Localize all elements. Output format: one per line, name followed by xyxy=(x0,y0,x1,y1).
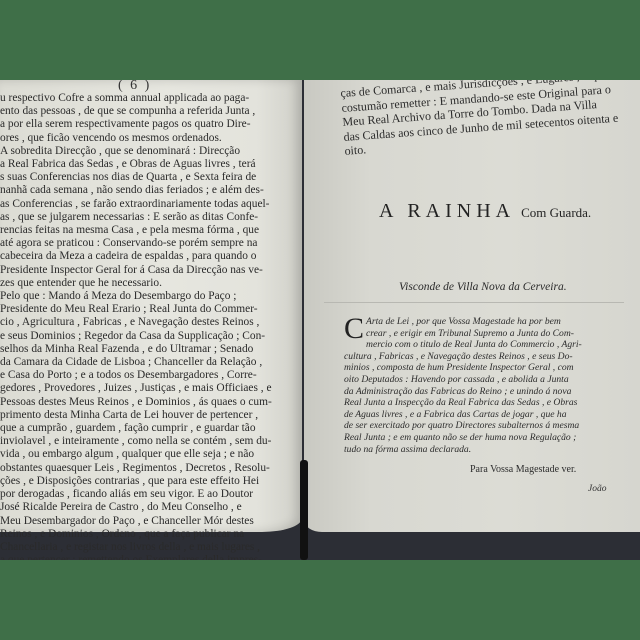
text-line: inviolavel , e inteiramente , como nella… xyxy=(0,435,298,448)
text-line: Presidente do Meu Real Erario ; Real Jun… xyxy=(0,303,298,316)
text-line: que a cumprão , guardem , fação cumprir … xyxy=(0,422,298,435)
text-line: cultura , Fabricas , e Navegação destes … xyxy=(344,351,624,363)
text-line: tudo na fórma assima declarada. xyxy=(344,444,624,456)
text-line: oito Deputados : Havendo por cassada , e… xyxy=(344,374,624,386)
text-line: crear , e erigir em Tribunal Supremo a J… xyxy=(344,328,624,340)
text-line: Real Junta ; e em quanto não se der huma… xyxy=(344,432,624,444)
text-line: cabeceira da Meza a cadeira de espaldas … xyxy=(0,250,298,263)
text-line: selhos da Minha Real Fazenda , e do Ultr… xyxy=(0,343,298,356)
text-line: até agora se praticou : Conservando-se p… xyxy=(0,237,298,250)
text-line: a que pertencer ; remettendo os Exemplar… xyxy=(0,554,298,560)
text-line: de ser exercitado por quatro Directores … xyxy=(344,420,624,432)
book-gutter xyxy=(300,460,308,560)
text-line: as Conferencias , se farão extraordinari… xyxy=(0,198,298,211)
text-line: e seus Dominios ; Regedor da Casa da Sup… xyxy=(0,330,298,343)
text-line: vida , ou embargo algum , qualquer que e… xyxy=(0,448,298,461)
para-vossa-magestade: Para Vossa Magestade ver. xyxy=(470,464,576,475)
text-line: minios , composta de hum Presidente Insp… xyxy=(344,362,624,374)
text-line: Chancellaria , e registar nos livros del… xyxy=(0,541,298,554)
right-page: ças de Comarca , e mais Jurisdicções , e… xyxy=(304,80,640,532)
text-line: s suas Conferencias nos dias de Quarta ,… xyxy=(0,171,298,184)
signature-line: A RAINHA Com Guarda. xyxy=(379,200,591,223)
text-line: José Ricalde Pereira de Castro , do Meu … xyxy=(0,501,298,514)
text-line: mercio com o titulo de Real Junta do Com… xyxy=(344,339,624,351)
text-line: cio , Agricultura , Fabricas , e Navegaç… xyxy=(0,316,298,329)
right-page-closing-text: ças de Comarca , e mais Jurisdicções , e… xyxy=(340,80,634,158)
catchword: João xyxy=(588,484,606,494)
text-line: Meu Desembargador do Paço , e Chanceller… xyxy=(0,515,298,528)
text-line: A sobredita Direcção , que se denominará… xyxy=(0,145,298,158)
text-line: as , que se julgarem necessarias : E ser… xyxy=(0,211,298,224)
text-line: da Administração das Fabricas do Reino ;… xyxy=(344,386,624,398)
text-line: u respectivo Cofre a somma annual applic… xyxy=(0,92,298,105)
signature-title: A RAINHA xyxy=(379,200,515,222)
text-line: ções , e Disposições contrarias , que pa… xyxy=(0,475,298,488)
text-line: de Aguas livres , e a Fabrica das Cartas… xyxy=(344,409,624,421)
text-line: a por ella serem respectivamente pagos o… xyxy=(0,118,298,131)
text-line: ento das pessoas , de que se compunha a … xyxy=(0,105,298,118)
text-line: Presidente Inspector Geral for á Casa da… xyxy=(0,264,298,277)
signature-suffix: Com Guarda. xyxy=(521,205,591,220)
carta-lines: Arta de Lei , por que Vossa Magestade ha… xyxy=(344,316,624,455)
left-page-body: u respectivo Cofre a somma annual applic… xyxy=(0,92,298,560)
text-line: rencias feitas na mesma Casa , e pela me… xyxy=(0,224,298,237)
text-line: e Casa do Porto ; e a todos os Desembarg… xyxy=(0,369,298,382)
text-line: Pelo que : Mando á Meza do Desembargo do… xyxy=(0,290,298,303)
text-line: zes que entender que he necessario. xyxy=(0,277,298,290)
text-line: Reinos , e Dominios , Ordeno , que a faç… xyxy=(0,528,298,541)
text-line: gedores , Provedores , Juizes , Justiças… xyxy=(0,382,298,395)
text-line: ores , que ficão vencendo os mesmos orde… xyxy=(0,132,298,145)
left-page: ( 6 ) u respectivo Cofre a somma annual … xyxy=(0,80,302,532)
text-line: a Real Fabrica das Sedas , e Obras de Ag… xyxy=(0,158,298,171)
text-line: obstantes quaesquer Leis , Regimentos , … xyxy=(0,462,298,475)
text-line: primento desta Minha Carta de Lei houver… xyxy=(0,409,298,422)
text-line: nanhã cada semana , não sendo dias feria… xyxy=(0,184,298,197)
text-line: Real Junta a Inspecção da Real Fabrica d… xyxy=(344,397,624,409)
text-line: Arta de Lei , por que Vossa Magestade ha… xyxy=(344,316,624,328)
text-line: da Camara da Cidade de Lisboa ; Chancell… xyxy=(0,356,298,369)
minister-signature: Visconde de Villa Nova da Cerveira. xyxy=(399,281,567,293)
document-photo: ( 6 ) u respectivo Cofre a somma annual … xyxy=(0,80,640,560)
text-line: Pessoas destes Meus Reinos , e Dominios … xyxy=(0,396,298,409)
carta-summary: C Arta de Lei , por que Vossa Magestade … xyxy=(344,316,624,455)
text-line: por derogadas , ficando aliás em seu vig… xyxy=(0,488,298,501)
divider xyxy=(324,302,624,303)
drop-cap: C xyxy=(344,316,364,342)
